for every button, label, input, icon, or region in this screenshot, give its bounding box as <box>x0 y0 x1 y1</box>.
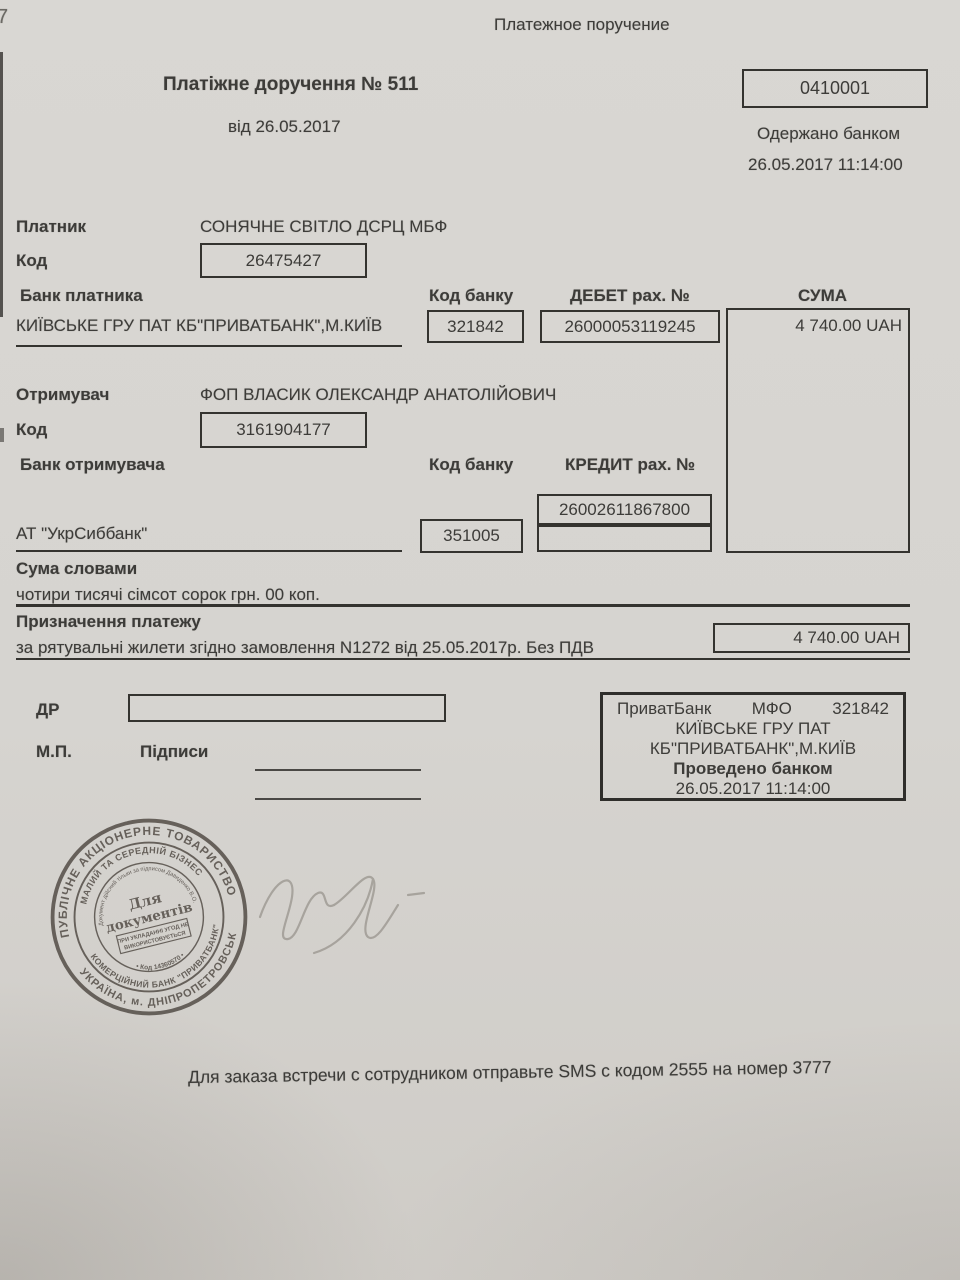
payer-code: 26475427 <box>246 251 322 271</box>
purpose-text: за рятувальні жилети згідно замовлення N… <box>16 638 594 658</box>
credit-empty-box <box>537 525 712 552</box>
received-datetime: 26.05.2017 11:14:00 <box>748 155 903 175</box>
bank-mark-branch-2: КБ"ПРИВАТБАНК",М.КИЇВ <box>617 739 889 759</box>
recipient-bank-code: 351005 <box>443 526 500 546</box>
purpose-amount: 4 740.00 UAH <box>793 628 900 648</box>
recipient-bank-code-box: 351005 <box>420 519 523 553</box>
document-date: від 26.05.2017 <box>228 117 341 137</box>
payer-name: СОНЯЧНЕ СВІТЛО ДСРЦ МБФ <box>200 217 447 237</box>
payer-bank-label: Банк платника <box>20 286 143 306</box>
round-stamp: ПУБЛІЧНЕ АКЦІОНЕРНЕ ТОВАРИСТВО УКРАЇНА, … <box>44 812 254 1022</box>
debit-account: 26000053119245 <box>564 317 695 337</box>
recipient-bank-underline <box>16 550 402 552</box>
divider-line-2 <box>16 658 910 660</box>
payer-bank-code: 321842 <box>447 317 504 337</box>
bank-mark-processed-label: Проведено банком <box>617 759 889 779</box>
payer-bank-code-label: Код банку <box>429 286 513 306</box>
divider-line <box>16 604 910 607</box>
received-by-bank-label: Одержано банком <box>757 124 900 144</box>
recipient-bank-code-label: Код банку <box>429 455 513 475</box>
scan-edge-artifact <box>0 52 3 317</box>
bank-mark-mfo-label: МФО <box>752 699 792 719</box>
purpose-amount-box: 4 740.00 UAH <box>713 623 910 653</box>
sum-box: 4 740.00 UAH <box>726 308 910 553</box>
credit-account-label: КРЕДИТ рах. № <box>565 455 695 475</box>
sum-amount: 4 740.00 UAH <box>795 316 902 336</box>
debit-account-box: 26000053119245 <box>540 310 720 343</box>
sum-label: СУМА <box>798 286 847 306</box>
debit-account-label: ДЕБЕТ рах. № <box>570 286 690 306</box>
dr-box <box>128 694 446 722</box>
page-number-artifact: 7 <box>0 6 8 29</box>
payment-order-scan: 7 Платежное поручение Платіжне доручення… <box>0 0 960 1280</box>
purpose-label: Призначення платежу <box>16 612 201 632</box>
payer-bank-code-box: 321842 <box>427 310 524 343</box>
handwritten-signature <box>252 855 432 960</box>
payer-bank-underline <box>16 345 402 347</box>
bank-mark-branch-1: КИЇВСЬКЕ ГРУ ПАТ <box>617 719 889 739</box>
dr-label: ДР <box>36 700 59 720</box>
recipient-code-box: 3161904177 <box>200 412 367 448</box>
payer-bank-name: КИЇВСЬКЕ ГРУ ПАТ КБ"ПРИВАТБАНК",М.КИЇВ <box>16 316 382 336</box>
signature-line-1 <box>255 769 421 771</box>
recipient-bank-name: АТ "УкрСиббанк" <box>16 524 147 544</box>
recipient-label: Отримувач <box>16 385 109 405</box>
bank-mark-name: ПриватБанк <box>617 699 711 719</box>
signature-line-2 <box>255 798 421 800</box>
doc-code: 0410001 <box>800 78 870 99</box>
doc-code-box: 0410001 <box>742 69 928 108</box>
amount-words-text: чотири тисячі сімсот сорок грн. 00 коп. <box>16 585 320 605</box>
recipient-code: 3161904177 <box>236 420 331 440</box>
sms-note: Для заказа встречи с сотрудником отправь… <box>188 1057 832 1088</box>
credit-account: 26002611867800 <box>559 500 690 520</box>
payer-label: Платник <box>16 217 86 237</box>
signatures-label: Підписи <box>140 742 208 762</box>
bank-processed-mark: ПриватБанк МФО 321842 КИЇВСЬКЕ ГРУ ПАТ К… <box>600 692 906 801</box>
amount-words-label: Сума словами <box>16 559 137 579</box>
recipient-bank-label: Банк отримувача <box>20 455 165 475</box>
recipient-name: ФОП ВЛАСИК ОЛЕКСАНДР АНАТОЛІЙОВИЧ <box>200 385 556 405</box>
credit-account-box: 26002611867800 <box>537 494 712 525</box>
bank-mark-mfo: 321842 <box>832 699 889 719</box>
document-header-ru: Платежное поручение <box>494 15 670 35</box>
mp-label: М.П. <box>36 742 72 762</box>
recipient-code-label: Код <box>16 420 47 440</box>
scan-edge-mark <box>0 428 4 442</box>
document-title: Платіжне доручення № 511 <box>163 74 418 96</box>
payer-code-label: Код <box>16 251 47 271</box>
payer-code-box: 26475427 <box>200 243 367 278</box>
bank-mark-processed-datetime: 26.05.2017 11:14:00 <box>617 779 889 799</box>
